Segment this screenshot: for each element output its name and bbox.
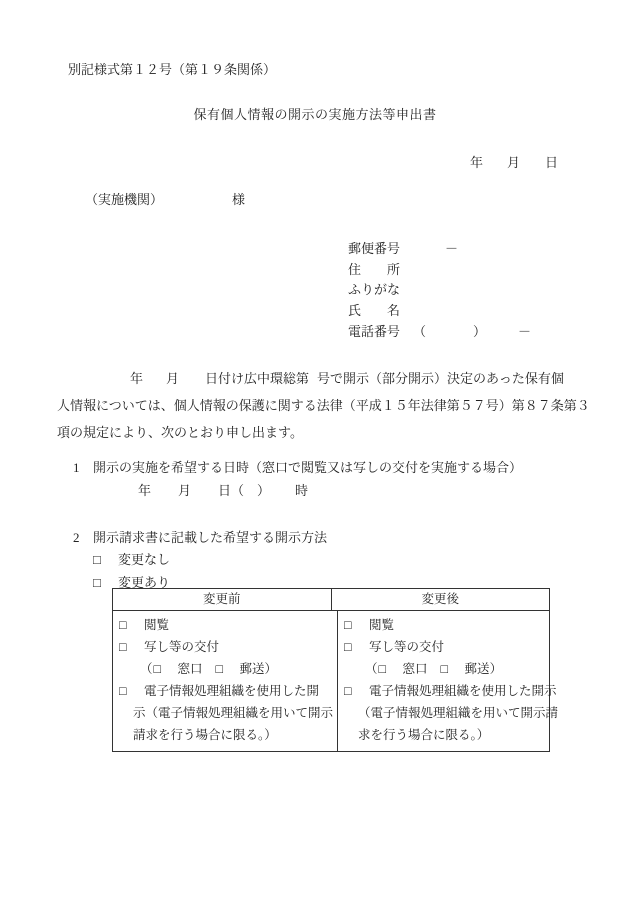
checkbox-view-after[interactable]: □ <box>344 614 369 636</box>
phone-paren-close: ） <box>473 324 486 339</box>
body-line2: 人情報については、個人情報の保護に関する法律（平成１５年法律第５７号）第８７条第… <box>57 398 590 413</box>
before-electronic-row: □電子情報処理組織を使用した開 <box>119 680 333 702</box>
phone-paren-open: （ <box>413 324 426 339</box>
table-body-row: □閲覧 □写し等の交付 （□窓口□郵送） □電子情報処理組織を使用した開 示（電… <box>113 611 549 751</box>
checkbox-mail-before[interactable]: □ <box>215 658 240 680</box>
table-header-before: 変更前 <box>113 589 331 611</box>
window-label-before: 窓口 <box>178 662 203 676</box>
address-label: 住 所 <box>348 262 400 277</box>
checkbox-mail-after[interactable]: □ <box>440 658 465 680</box>
checkbox-copy-after[interactable]: □ <box>344 636 369 658</box>
before-view-row: □閲覧 <box>119 614 333 636</box>
body-line1-year-label: 年 <box>130 371 143 386</box>
copy-label-after: 写し等の交付 <box>369 640 444 654</box>
header-date-year-label: 年 <box>470 155 483 170</box>
window-label-after: 窓口 <box>403 662 428 676</box>
body-line1-month-label: 月 <box>166 371 179 386</box>
section1-number: 1 <box>73 460 80 475</box>
addressee-honorific: 様 <box>232 192 245 207</box>
paren-open-after: （ <box>365 662 378 676</box>
section1-hour-label: 時 <box>295 483 308 498</box>
section2-heading: 開示請求書に記載した希望する開示方法 <box>93 530 327 545</box>
document-title: 保有個人情報の開示の実施方法等申出書 <box>0 107 630 122</box>
mail-label-before: 郵送 <box>240 662 265 676</box>
phone-label: 電話番号 <box>348 324 400 339</box>
table-cell-before: □閲覧 □写し等の交付 （□窓口□郵送） □電子情報処理組織を使用した開 示（電… <box>113 611 337 751</box>
addressee-label: （実施機関） <box>85 192 163 207</box>
before-delivery-row: （□窓口□郵送） <box>119 658 333 680</box>
postal-code-dash: － <box>445 241 458 256</box>
option-no-change: □変更なし <box>93 552 170 567</box>
copy-label-before: 写し等の交付 <box>144 640 219 654</box>
paren-close-before: ） <box>265 662 278 676</box>
table-header-row: 変更前 変更後 <box>113 589 549 611</box>
checkbox-window-after[interactable]: □ <box>378 658 403 680</box>
header-date-month-label: 月 <box>507 155 520 170</box>
after-delivery-row: （□窓口□郵送） <box>344 658 558 680</box>
disclosure-method-table: 変更前 変更後 □閲覧 □写し等の交付 （□窓口□郵送） □電子情報処理組織を使… <box>112 588 550 752</box>
section1-day-weekday-label: 日（ ） <box>218 483 270 498</box>
electronic-label-after-line1: 電子情報処理組織を使用した開示 <box>369 684 557 698</box>
electronic-label-after-line2: （電子情報処理組織を用いて開示請 <box>344 702 558 724</box>
section1-year-label: 年 <box>138 483 151 498</box>
view-label-before: 閲覧 <box>144 618 169 632</box>
checkbox-electronic-after[interactable]: □ <box>344 680 369 702</box>
checkbox-view-before[interactable]: □ <box>119 614 144 636</box>
electronic-label-before-line2: 示（電子情報処理組織を用いて開示 <box>119 702 333 724</box>
electronic-label-before-line3: 請求を行う場合に限る。） <box>119 724 333 746</box>
body-line3: 項の規定により、次のとおり申し出ます。 <box>57 425 303 440</box>
mail-label-after: 郵送 <box>465 662 490 676</box>
body-line1-docnumber-prefix: 日付け広中環総第 <box>205 371 309 386</box>
electronic-label-before-line1: 電子情報処理組織を使用した開 <box>144 684 319 698</box>
before-copy-row: □写し等の交付 <box>119 636 333 658</box>
option-no-change-label: 変更なし <box>118 552 170 567</box>
after-electronic-row: □電子情報処理組織を使用した開示 <box>344 680 558 702</box>
checkbox-window-before[interactable]: □ <box>153 658 178 680</box>
checkbox-electronic-before[interactable]: □ <box>119 680 144 702</box>
furigana-label: ふりがな <box>348 282 400 297</box>
table-cell-after: □閲覧 □写し等の交付 （□窓口□郵送） □電子情報処理組織を使用した開示 （電… <box>337 611 562 751</box>
header-date-day-label: 日 <box>545 155 558 170</box>
postal-code-label: 郵便番号 <box>348 241 400 256</box>
checkbox-copy-before[interactable]: □ <box>119 636 144 658</box>
paren-close-after: ） <box>490 662 503 676</box>
after-copy-row: □写し等の交付 <box>344 636 558 658</box>
section1-month-label: 月 <box>178 483 191 498</box>
form-number: 別記様式第１２号（第１９条関係） <box>68 62 276 77</box>
section1-heading: 開示の実施を希望する日時（窓口で閲覧又は写しの交付を実施する場合） <box>93 460 522 475</box>
paren-open-before: （ <box>140 662 153 676</box>
document-page: 別記様式第１２号（第１９条関係） 保有個人情報の開示の実施方法等申出書 年 月 … <box>0 0 630 903</box>
view-label-after: 閲覧 <box>369 618 394 632</box>
after-view-row: □閲覧 <box>344 614 558 636</box>
name-label: 氏 名 <box>348 303 400 318</box>
table-header-after: 変更後 <box>331 589 550 611</box>
phone-dash: － <box>518 324 531 339</box>
electronic-label-after-line3: 求を行う場合に限る。） <box>344 724 558 746</box>
body-line1-tail: 号で開示（部分開示）決定のあった保有個 <box>317 371 564 386</box>
section2-number: 2 <box>73 530 80 545</box>
checkbox-no-change[interactable]: □ <box>93 552 118 567</box>
